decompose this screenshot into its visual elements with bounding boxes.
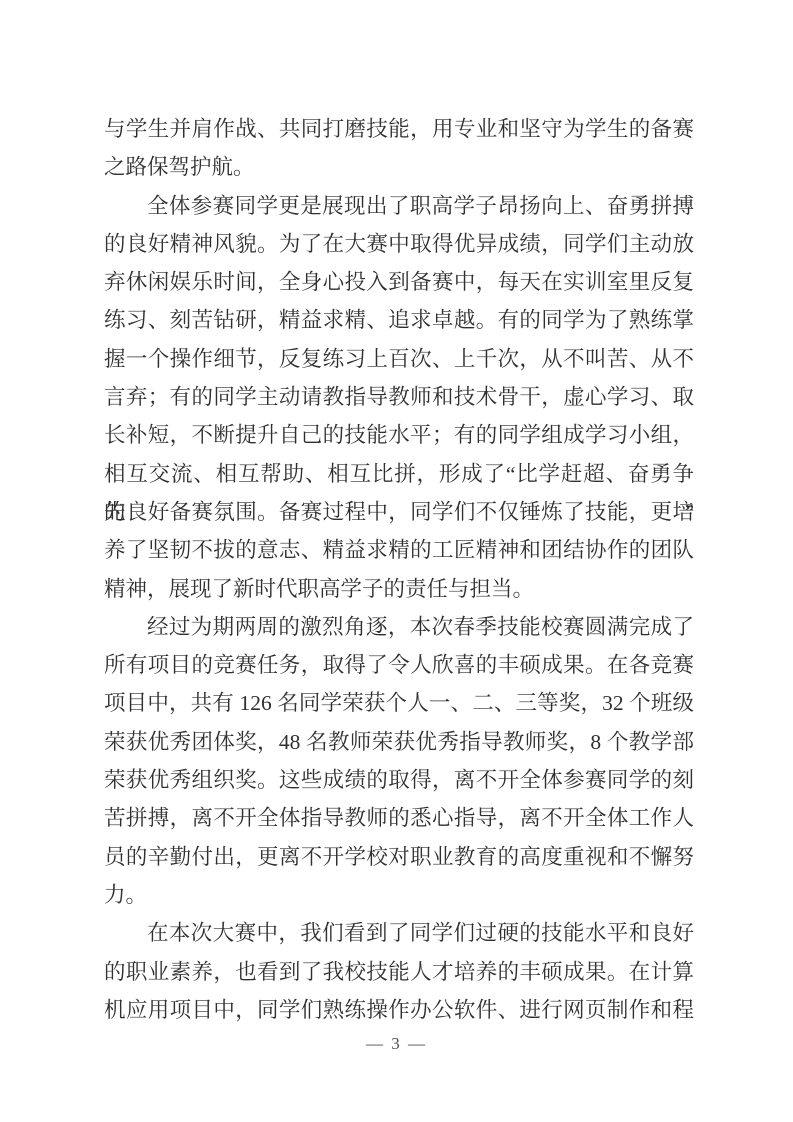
text-line: 在本次大赛中，我们看到了同学们过硬的技能水平和良好 bbox=[104, 914, 694, 952]
text-line: 的良好精神风貌。为了在大赛中取得优异成绩，同学们主动放 bbox=[104, 225, 694, 263]
text-line: 练习、刻苦钻研，精益求精、追求卓越。有的同学为了熟练掌 bbox=[104, 301, 694, 339]
page-number: — 3 — bbox=[0, 1033, 793, 1055]
text-line: 的职业素养，也看到了我校技能人才培养的丰硕成果。在计算 bbox=[104, 953, 694, 991]
text-line: 与学生并肩作战、共同打磨技能，用专业和坚守为学生的备赛 bbox=[104, 110, 694, 148]
text-line: 苦拼搏，离不开全体指导教师的悉心指导，离不开全体工作人 bbox=[104, 799, 694, 837]
text-line: 所有项目的竞赛任务，取得了令人欣喜的丰硕成果。在各竞赛 bbox=[104, 646, 694, 684]
text-line: 经过为期两周的激烈角逐，本次春季技能校赛圆满完成了 bbox=[104, 608, 694, 646]
text-line: 力。 bbox=[104, 876, 694, 914]
document-body: 与学生并肩作战、共同打磨技能，用专业和坚守为学生的备赛之路保驾护航。全体参赛同学… bbox=[104, 110, 694, 1029]
text-line: 的良好备赛氛围。备赛过程中，同学们不仅锤炼了技能，更培 bbox=[104, 493, 694, 531]
text-line: 言弃；有的同学主动请教指导教师和技术骨干，虚心学习、取 bbox=[104, 378, 694, 416]
text-line: 员的辛勤付出，更离不开学校对职业教育的高度重视和不懈努 bbox=[104, 838, 694, 876]
document-page: 与学生并肩作战、共同打磨技能，用专业和坚守为学生的备赛之路保驾护航。全体参赛同学… bbox=[0, 0, 793, 1122]
text-line: 全体参赛同学更是展现出了职高学子昂扬向上、奋勇拼搏 bbox=[104, 187, 694, 225]
text-line: 荣获优秀组织奖。这些成绩的取得，离不开全体参赛同学的刻 bbox=[104, 761, 694, 799]
text-line: 长补短，不断提升自己的技能水平；有的同学组成学习小组， bbox=[104, 416, 694, 454]
text-line: 之路保驾护航。 bbox=[104, 148, 694, 186]
text-line: 相互交流、相互帮助、相互比拼，形成了“比学赶超、奋勇争先” bbox=[104, 455, 694, 493]
text-line: 项目中，共有 126 名同学荣获个人一、二、三等奖，32 个班级 bbox=[104, 684, 694, 722]
text-line: 精神，展现了新时代职高学子的责任与担当。 bbox=[104, 570, 694, 608]
text-line: 荣获优秀团体奖，48 名教师荣获优秀指导教师奖，8 个教学部 bbox=[104, 723, 694, 761]
text-line: 养了坚韧不拔的意志、精益求精的工匠精神和团结协作的团队 bbox=[104, 531, 694, 569]
text-line: 机应用项目中，同学们熟练操作办公软件、进行网页制作和程 bbox=[104, 991, 694, 1029]
text-line: 弃休闲娱乐时间，全身心投入到备赛中，每天在实训室里反复 bbox=[104, 263, 694, 301]
text-line: 握一个操作细节，反复练习上百次、上千次，从不叫苦、从不 bbox=[104, 340, 694, 378]
